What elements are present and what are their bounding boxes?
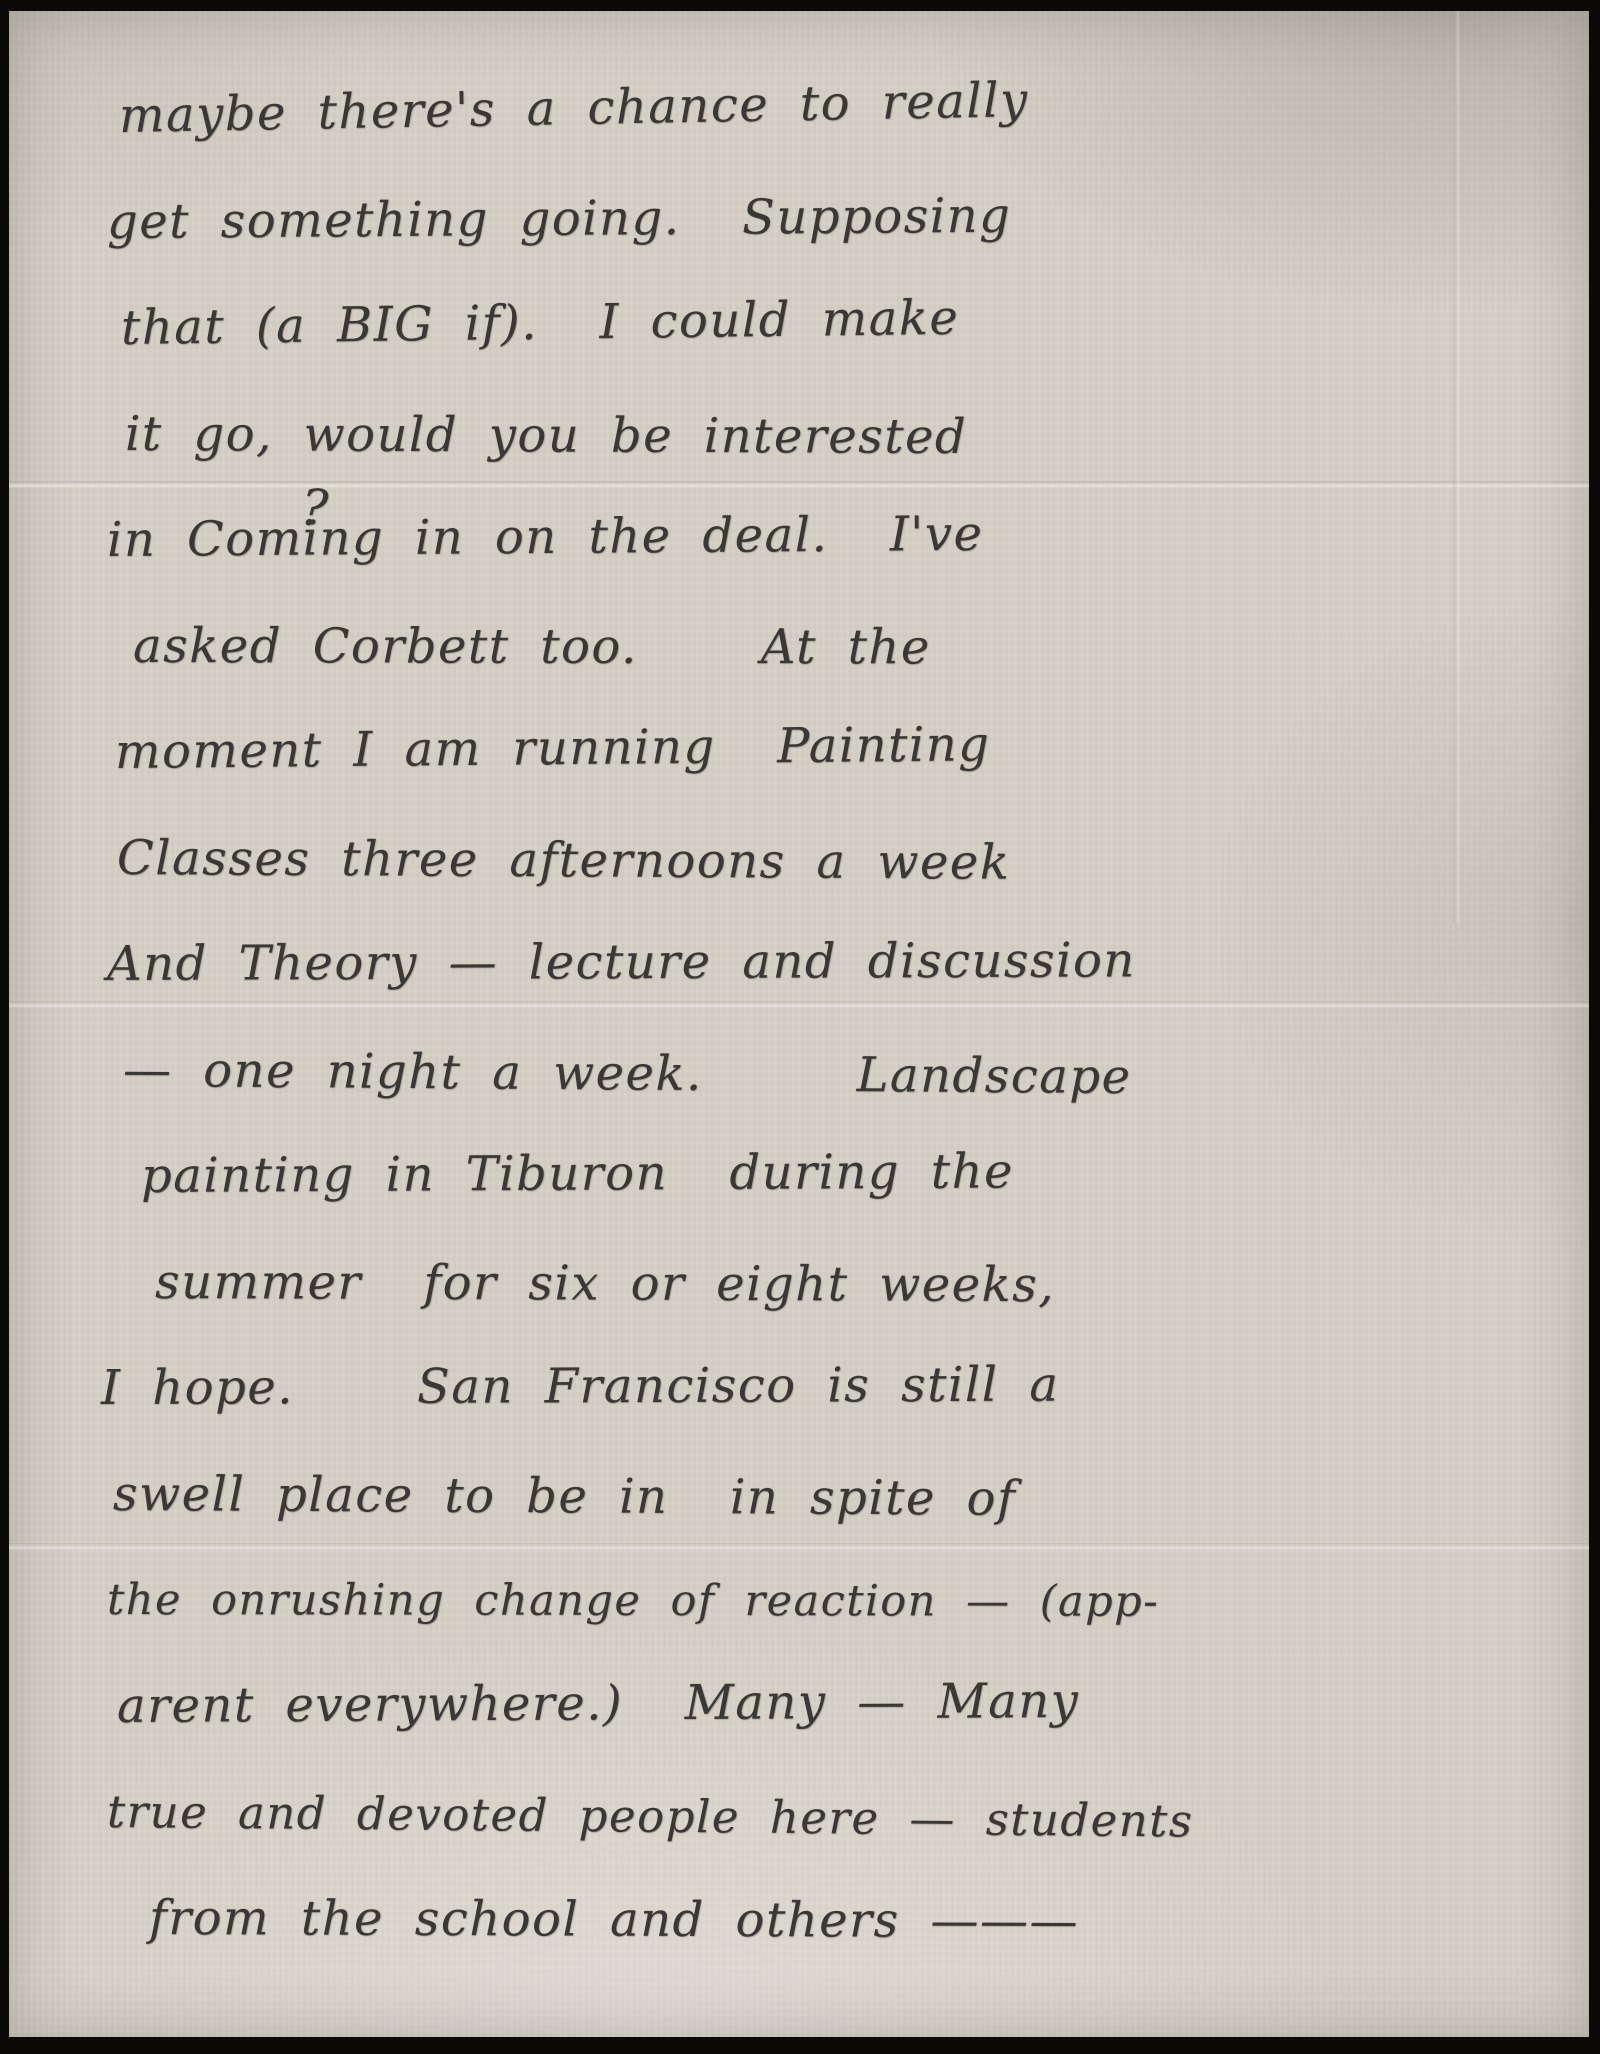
letter-line: that (a BIG if). I could make bbox=[120, 261, 1287, 381]
fold-crease-vertical bbox=[1453, 11, 1459, 923]
letter-line: summer for six or eight weeks, bbox=[155, 1229, 1287, 1339]
letter-line: I hope. San Francisco is still a bbox=[101, 1331, 1287, 1441]
letter-line: And Theory — lecture and discussion bbox=[107, 907, 1287, 1017]
letter-line: moment I am running Painting bbox=[115, 689, 1288, 805]
letter-line: in Coming in on the deal. I've bbox=[107, 479, 1288, 593]
letter-page: maybe there's a chance to really get som… bbox=[9, 11, 1589, 2037]
letter-line: from the school and others ——— bbox=[149, 1865, 1287, 1975]
letter-line: true and devoted people here — students bbox=[107, 1759, 1288, 1875]
letter-body: maybe there's a chance to really get som… bbox=[107, 63, 1287, 1971]
letter-line: it go, would you be interested bbox=[125, 381, 1287, 491]
letter-line: — one night a week. Landscape bbox=[123, 1017, 1288, 1131]
letter-line: asked Corbett too. At the bbox=[133, 593, 1287, 701]
letter-line: arent everywhere.) Many — Many bbox=[117, 1647, 1288, 1759]
letter-line: maybe there's a chance to really bbox=[118, 43, 1288, 169]
letter-line: swell place to be in in spite of bbox=[113, 1441, 1288, 1553]
letter-line: Classes three afternoons a week bbox=[117, 805, 1288, 917]
letter-line: painting in Tiburon during the bbox=[141, 1117, 1288, 1229]
photo-frame: maybe there's a chance to really get som… bbox=[0, 0, 1600, 2054]
letter-line: the onrushing change of reaction — (app- bbox=[107, 1547, 1287, 1655]
letter-line: get something going. Supposing bbox=[107, 161, 1288, 275]
inserted-question-mark: ? bbox=[299, 478, 330, 538]
